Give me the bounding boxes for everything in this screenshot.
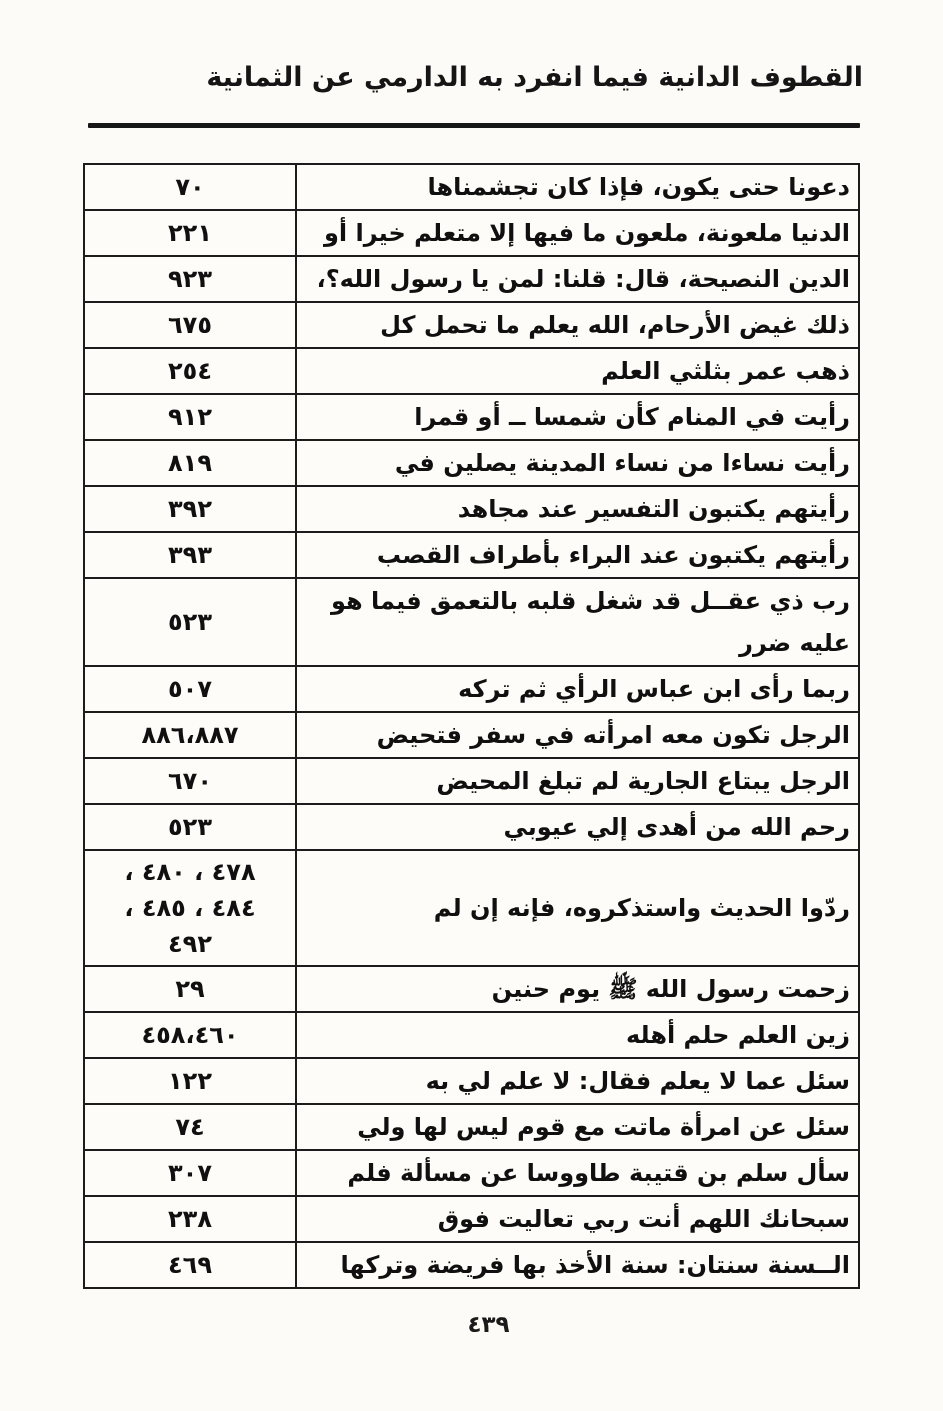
page-numbers-cell: ٢٢١ bbox=[85, 211, 297, 255]
entry-text-cell: سئل عن امرأة ماتت مع قوم ليس لها ولي bbox=[297, 1105, 858, 1149]
page-numbers-cell: ٤٥٨،٤٦٠ bbox=[85, 1013, 297, 1057]
table-row: ٤٧٨ ، ٤٨٠ ، ٤٨٤ ، ٤٨٥ ، ٤٩٢ ردّوا الحديث… bbox=[85, 849, 858, 965]
entry-text-cell: رأيتهم يكتبون عند البراء بأطراف القصب bbox=[297, 533, 858, 577]
page-numbers-cell: ٥٠٧ bbox=[85, 667, 297, 711]
table-row: ٨١٩ رأيت نساءا من نساء المدينة يصلين في bbox=[85, 439, 858, 485]
entry-text-cell: رحم الله من أهدى إلي عيوبي bbox=[297, 805, 858, 849]
page-numbers-cell: ٨١٩ bbox=[85, 441, 297, 485]
page-numbers-cell: ٨٨٦،٨٨٧ bbox=[85, 713, 297, 757]
page-numbers-cell: ٣٩٢ bbox=[85, 487, 297, 531]
entry-text-cell: رأيتهم يكتبون التفسير عند مجاهد bbox=[297, 487, 858, 531]
entry-text-cell: ردّوا الحديث واستذكروه، فإنه إن لم bbox=[297, 851, 858, 965]
table-row: ٢٥٤ ذهب عمر بثلثي العلم bbox=[85, 347, 858, 393]
entry-text-cell: الرجل يبتاع الجارية لم تبلغ المحيض bbox=[297, 759, 858, 803]
table-row: ٦٧٥ ذلك غيض الأرحام، الله يعلم ما تحمل ك… bbox=[85, 301, 858, 347]
page-numbers-cell: ٤٦٩ bbox=[85, 1243, 297, 1287]
entry-text-cell: الرجل تكون معه امرأته في سفر فتحيض bbox=[297, 713, 858, 757]
entry-text-cell: زين العلم حلم أهله bbox=[297, 1013, 858, 1057]
page-numbers-cell: ٩١٢ bbox=[85, 395, 297, 439]
entry-text-cell: زحمت رسول الله ﷺ يوم حنين bbox=[297, 967, 858, 1011]
table-row: ٤٦٩ الــسنة سنتان: سنة الأخذ بها فريضة و… bbox=[85, 1241, 858, 1287]
table-row: ٨٨٦،٨٨٧ الرجل تكون معه امرأته في سفر فتح… bbox=[85, 711, 858, 757]
entry-text-cell: دعونا حتى يكون، فإذا كان تجشمناها bbox=[297, 165, 858, 209]
page-numbers-cell: ٥٢٣ bbox=[85, 805, 297, 849]
page-numbers-cell: ٤٧٨ ، ٤٨٠ ، ٤٨٤ ، ٤٨٥ ، ٤٩٢ bbox=[85, 851, 297, 965]
entry-text-cell: رأيت في المنام كأن شمسا ــ أو قمرا bbox=[297, 395, 858, 439]
entry-text-cell: الــسنة سنتان: سنة الأخذ بها فريضة وتركه… bbox=[297, 1243, 858, 1287]
table-row: ١٢٢ سئل عما لا يعلم فقال: لا علم لي به bbox=[85, 1057, 858, 1103]
entry-text-cell: سأل سلم بن قتيبة طاووسا عن مسألة فلم bbox=[297, 1151, 858, 1195]
table-row: ٧٤ سئل عن امرأة ماتت مع قوم ليس لها ولي bbox=[85, 1103, 858, 1149]
page-numbers-cell: ٩٢٣ bbox=[85, 257, 297, 301]
page-numbers-cell: ٦٧٠ bbox=[85, 759, 297, 803]
page-numbers-cell: ٧٠ bbox=[85, 165, 297, 209]
entry-text-cell: سئل عما لا يعلم فقال: لا علم لي به bbox=[297, 1059, 858, 1103]
page-numbers-cell: ١٢٢ bbox=[85, 1059, 297, 1103]
page-header-title: القطوف الدانية فيما انفرد به الدارمي عن … bbox=[206, 62, 863, 93]
table-row: ٤٥٨،٤٦٠ زين العلم حلم أهله bbox=[85, 1011, 858, 1057]
table-row: ٢٩ زحمت رسول الله ﷺ يوم حنين bbox=[85, 965, 858, 1011]
table-row: ٥٢٣ رب ذي عقــل قد شغل قلبه بالتعمق فيما… bbox=[85, 577, 858, 665]
footer-page-number: ٤٣٩ bbox=[17, 1312, 943, 1338]
scanned-book-page: القطوف الدانية فيما انفرد به الدارمي عن … bbox=[0, 0, 943, 1411]
entry-text-cell: ذلك غيض الأرحام، الله يعلم ما تحمل كل bbox=[297, 303, 858, 347]
table-row: ٥٢٣ رحم الله من أهدى إلي عيوبي bbox=[85, 803, 858, 849]
entry-text-cell: رب ذي عقــل قد شغل قلبه بالتعمق فيما هو … bbox=[297, 579, 858, 665]
page-numbers-cell: ٣٠٧ bbox=[85, 1151, 297, 1195]
entry-text-cell: ربما رأى ابن عباس الرأي ثم تركه bbox=[297, 667, 858, 711]
page-numbers-cell: ٧٤ bbox=[85, 1105, 297, 1149]
page-numbers-cell: ٥٢٣ bbox=[85, 579, 297, 665]
table-row: ٥٠٧ ربما رأى ابن عباس الرأي ثم تركه bbox=[85, 665, 858, 711]
page-numbers-cell: ٢٥٤ bbox=[85, 349, 297, 393]
entry-text-cell: الدين النصيحة، قال: قلنا: لمن يا رسول ال… bbox=[297, 257, 858, 301]
page-numbers-cell: ٢٣٨ bbox=[85, 1197, 297, 1241]
page-numbers-cell: ٦٧٥ bbox=[85, 303, 297, 347]
page-numbers-cell: ٣٩٣ bbox=[85, 533, 297, 577]
table-row: ٧٠ دعونا حتى يكون، فإذا كان تجشمناها bbox=[85, 165, 858, 209]
entry-text-cell: رأيت نساءا من نساء المدينة يصلين في bbox=[297, 441, 858, 485]
table-row: ٢٣٨ سبحانك اللهم أنت ربي تعاليت فوق bbox=[85, 1195, 858, 1241]
table-row: ٢٢١ الدنيا ملعونة، ملعون ما فيها إلا متع… bbox=[85, 209, 858, 255]
table-row: ٣٩٣ رأيتهم يكتبون عند البراء بأطراف القص… bbox=[85, 531, 858, 577]
table-row: ٩٢٣ الدين النصيحة، قال: قلنا: لمن يا رسو… bbox=[85, 255, 858, 301]
page-numbers-cell: ٢٩ bbox=[85, 967, 297, 1011]
table-row: ٣٩٢ رأيتهم يكتبون التفسير عند مجاهد bbox=[85, 485, 858, 531]
table-row: ٣٠٧ سأل سلم بن قتيبة طاووسا عن مسألة فلم bbox=[85, 1149, 858, 1195]
entry-text-cell: الدنيا ملعونة، ملعون ما فيها إلا متعلم خ… bbox=[297, 211, 858, 255]
index-table: ٧٠ دعونا حتى يكون، فإذا كان تجشمناها ٢٢١… bbox=[83, 163, 860, 1289]
entry-text-cell: سبحانك اللهم أنت ربي تعاليت فوق bbox=[297, 1197, 858, 1241]
table-row: ٩١٢ رأيت في المنام كأن شمسا ــ أو قمرا bbox=[85, 393, 858, 439]
header-rule bbox=[88, 123, 860, 128]
table-row: ٦٧٠ الرجل يبتاع الجارية لم تبلغ المحيض bbox=[85, 757, 858, 803]
entry-text-cell: ذهب عمر بثلثي العلم bbox=[297, 349, 858, 393]
